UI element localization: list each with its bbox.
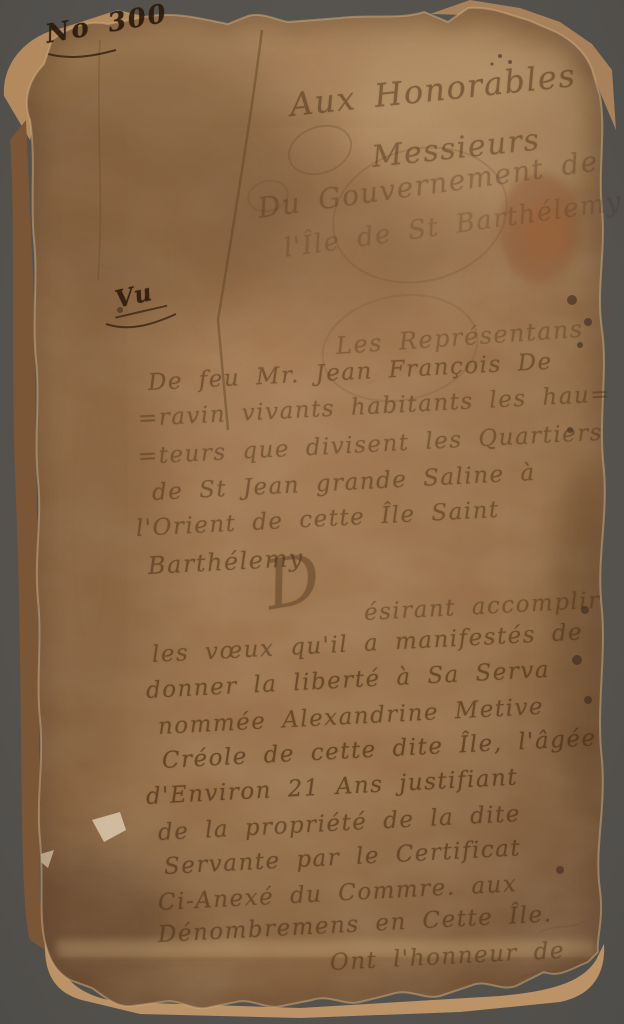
- manuscript-scan: No 300 Vu Aux Honorables Messieurs Du Go…: [0, 0, 624, 1024]
